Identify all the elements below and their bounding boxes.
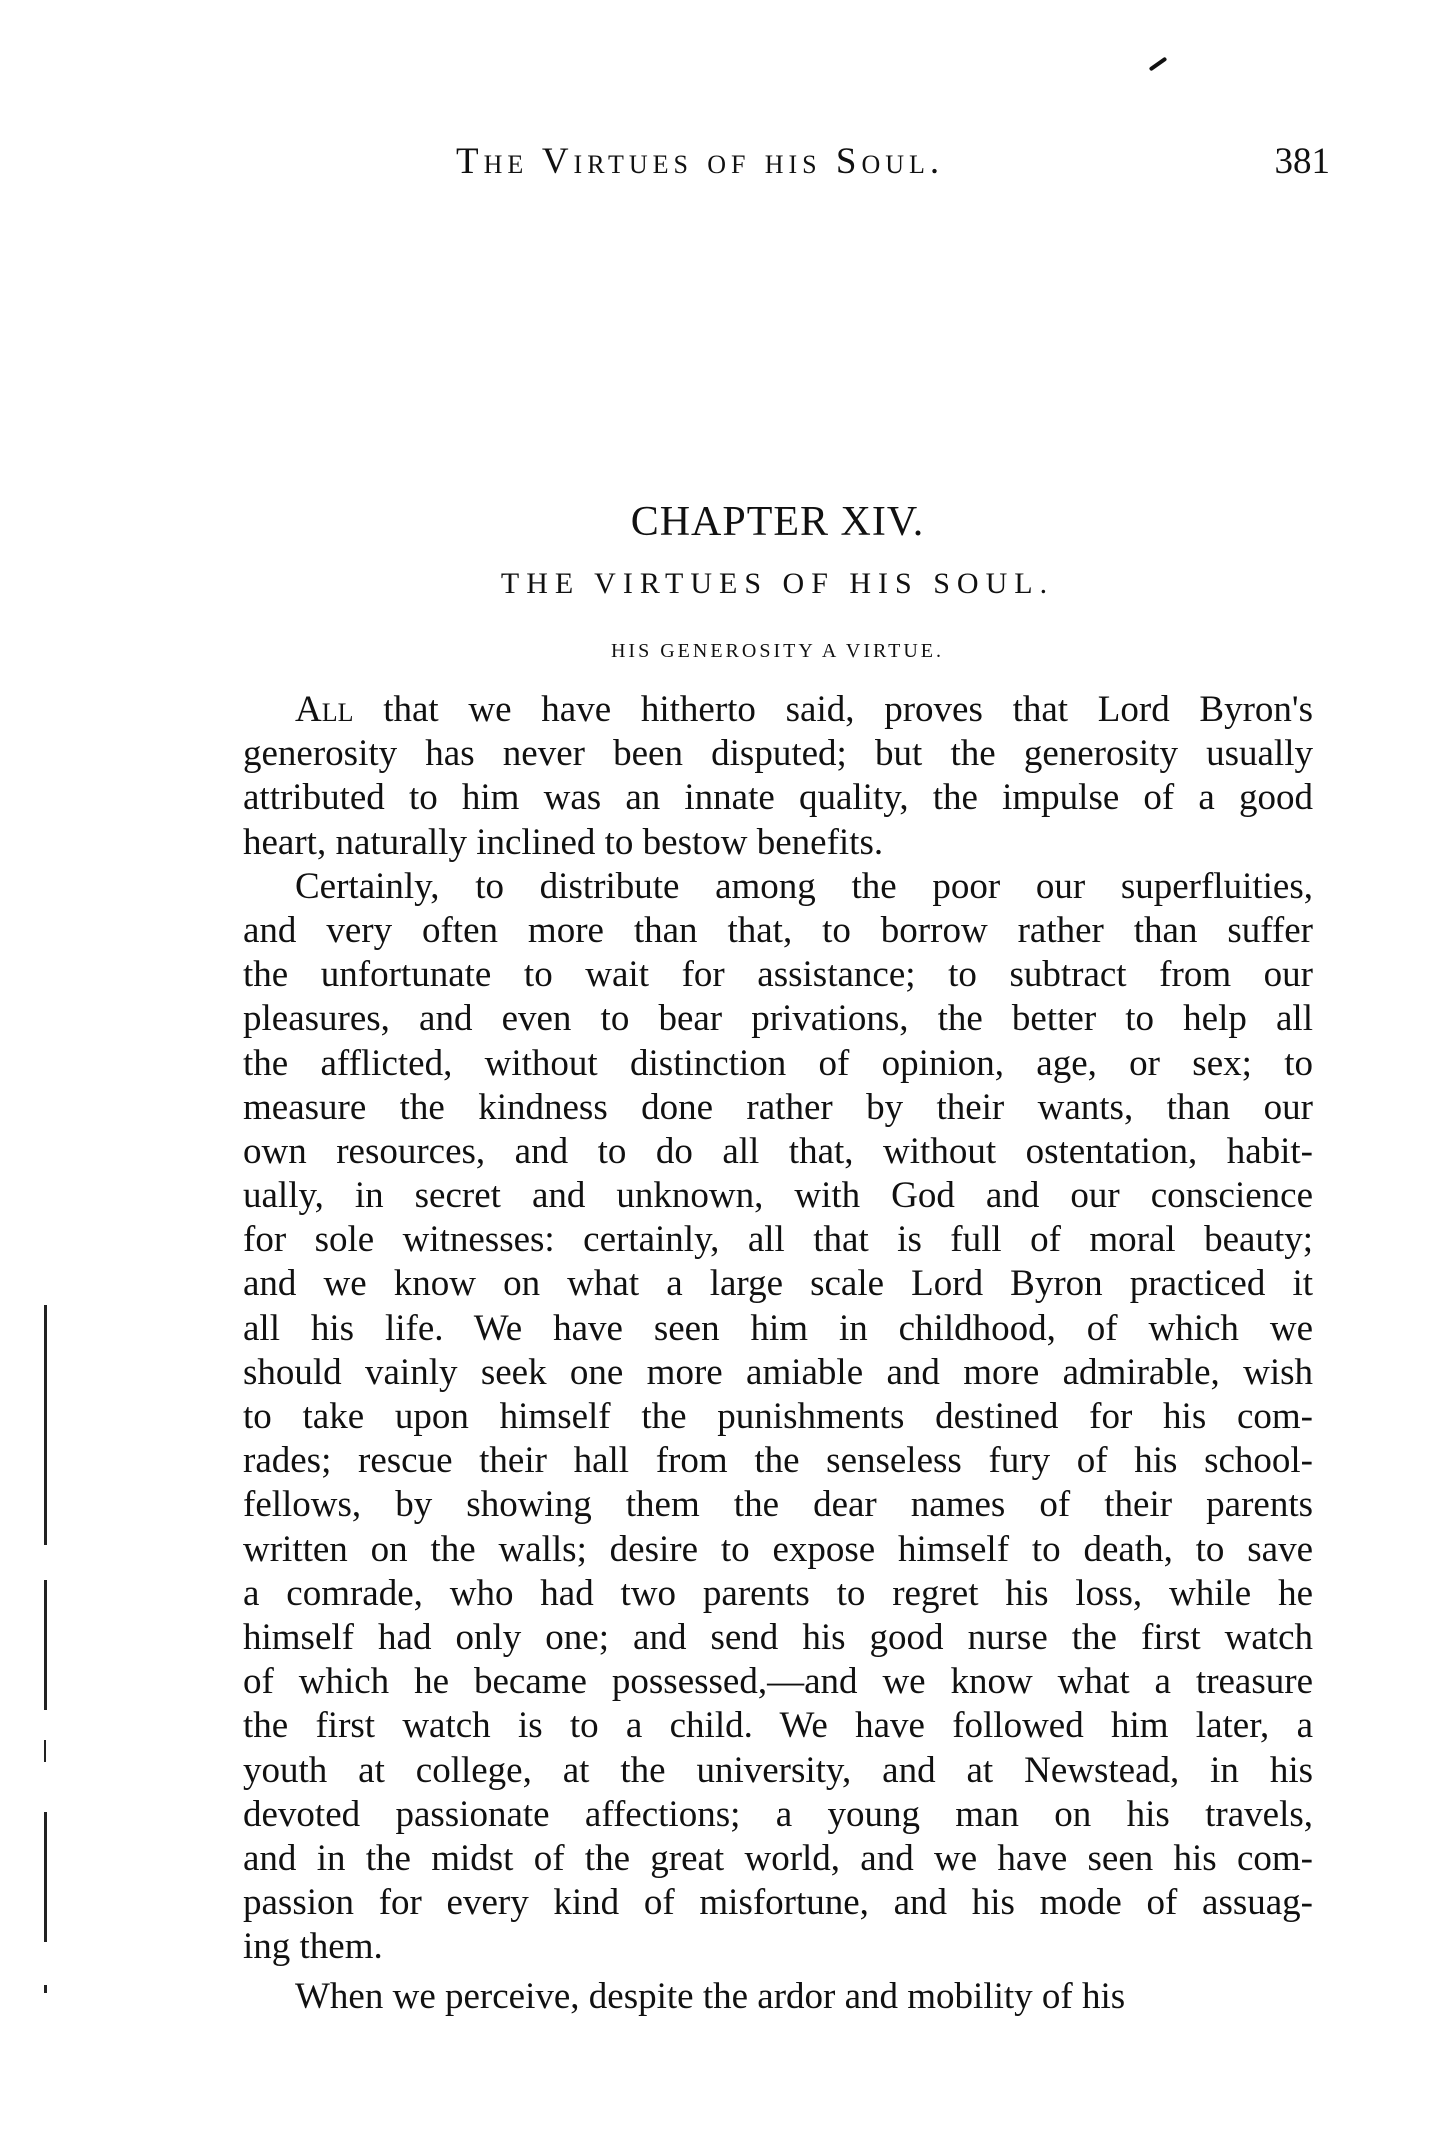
margin-scan-mark <box>44 1985 47 1993</box>
text-line: the first watch is to a child. We have f… <box>243 1704 1313 1748</box>
margin-scan-line <box>44 1812 47 1942</box>
text-line: a comrade, who had two parents to regret… <box>243 1572 1313 1616</box>
text-line: and in the midst of the great world, and… <box>243 1837 1313 1881</box>
text-line: generosity has never been disputed; but … <box>243 732 1313 776</box>
text-line: and we know on what a large scale Lord B… <box>243 1262 1313 1306</box>
chapter-title: THE VIRTUES OF HIS SOUL. <box>0 567 1455 601</box>
text-line: of which he became possessed,—and we kno… <box>243 1660 1313 1704</box>
text-line: All that we have hitherto said, proves t… <box>243 688 1313 732</box>
margin-scan-line <box>44 1305 47 1545</box>
text-line: Certainly, to distribute among the poor … <box>243 865 1313 909</box>
pencil-mark <box>1149 57 1168 72</box>
book-page: The Virtues of his Soul. 381 CHAPTER XIV… <box>0 0 1455 2155</box>
paragraph: When we perceive, despite the ardor and … <box>243 1975 1313 2019</box>
text-line: all his life. We have seen him in childh… <box>243 1307 1313 1351</box>
text-line: ually, in secret and unknown, with God a… <box>243 1174 1313 1218</box>
paragraph: All that we have hitherto said, proves t… <box>243 688 1313 865</box>
opening-word: All <box>295 689 353 730</box>
text-line: fellows, by showing them the dear names … <box>243 1483 1313 1527</box>
text-line: the afflicted, without distinction of op… <box>243 1042 1313 1086</box>
text-line: himself had only one; and send his good … <box>243 1616 1313 1660</box>
text-line: ing them. <box>243 1925 1313 1969</box>
text-line: youth at college, at the university, and… <box>243 1749 1313 1793</box>
text-line: rades; rescue their hall from the sensel… <box>243 1439 1313 1483</box>
text-line: written on the walls; desire to expose h… <box>243 1528 1313 1572</box>
chapter-heading: CHAPTER XIV. <box>0 498 1455 546</box>
text-line: When we perceive, despite the ardor and … <box>243 1975 1313 2019</box>
margin-scan-line <box>44 1580 47 1710</box>
paragraph: Certainly, to distribute among the poor … <box>243 865 1313 1970</box>
running-title: The Virtues of his Soul. <box>456 140 944 183</box>
margin-scan-line <box>44 1740 46 1762</box>
running-header: The Virtues of his Soul. 381 <box>456 140 1336 200</box>
text-line: attributed to him was an innate quality,… <box>243 776 1313 820</box>
text-line: devoted passionate affections; a young m… <box>243 1793 1313 1837</box>
text-line: and very often more than that, to borrow… <box>243 909 1313 953</box>
text-line: passion for every kind of misfortune, an… <box>243 1881 1313 1925</box>
text-line: to take upon himself the punishments des… <box>243 1395 1313 1439</box>
text-line: for sole witnesses: certainly, all that … <box>243 1218 1313 1262</box>
text-line: own resources, and to do all that, witho… <box>243 1130 1313 1174</box>
text-line: the unfortunate to wait for assistance; … <box>243 953 1313 997</box>
text-line: pleasures, and even to bear privations, … <box>243 997 1313 1041</box>
text-line: measure the kindness done rather by thei… <box>243 1086 1313 1130</box>
page-number: 381 <box>1275 140 1331 183</box>
text-line: should vainly seek one more amiable and … <box>243 1351 1313 1395</box>
text-line: heart, naturally inclined to bestow bene… <box>243 821 1313 865</box>
body-text: All that we have hitherto said, proves t… <box>243 688 1313 2020</box>
section-subtitle: HIS GENEROSITY A VIRTUE. <box>0 640 1455 663</box>
